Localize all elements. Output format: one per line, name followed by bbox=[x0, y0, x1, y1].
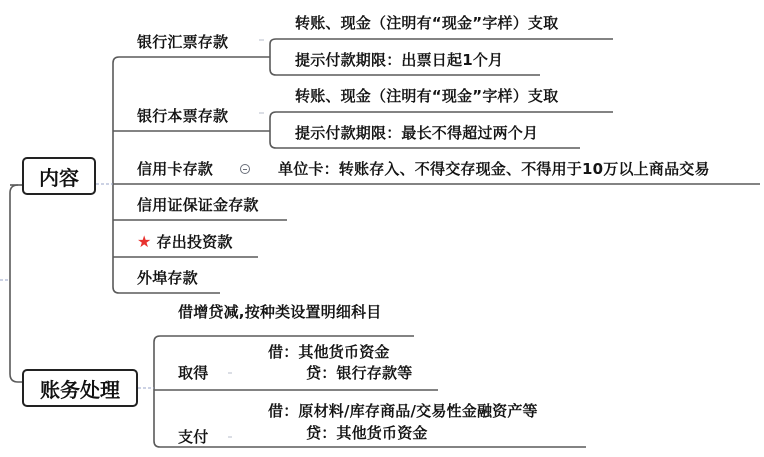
collapse-circle-icon[interactable] bbox=[240, 164, 250, 174]
cashier-check-detail-withdrawal[interactable]: 转账、现金（注明有“现金”字样）支取 bbox=[295, 86, 558, 106]
acquire-credit-entry[interactable]: 贷：银行存款等 bbox=[306, 363, 412, 383]
branch-acquire[interactable]: 取得 bbox=[178, 363, 208, 383]
branch-cashier-check[interactable]: 银行本票存款 bbox=[137, 106, 228, 126]
root-node-accounting[interactable]: 账务处理 bbox=[22, 369, 138, 407]
star-icon: ★ bbox=[137, 232, 152, 251]
acquire-debit-entry[interactable]: 借：其他货币资金 bbox=[268, 342, 390, 362]
investment-deposit-label: 存出投资款 bbox=[157, 233, 233, 251]
branch-bank-draft[interactable]: 银行汇票存款 bbox=[137, 32, 228, 52]
bank-draft-detail-period[interactable]: 提示付款期限：出票日起1个月 bbox=[295, 50, 503, 70]
mind-map-canvas: 内容 账务处理 银行汇票存款 转账、现金（注明有“现金”字样）支取 提示付款期限… bbox=[0, 0, 764, 457]
bank-draft-detail-withdrawal[interactable]: 转账、现金（注明有“现金”字样）支取 bbox=[295, 13, 558, 33]
credit-card-detail-unit-card[interactable]: 单位卡：转账存入、不得交存现金、不得用于10万以上商品交易 bbox=[278, 159, 710, 179]
branch-credit-card[interactable]: 信用卡存款 bbox=[137, 159, 213, 179]
root-node-content[interactable]: 内容 bbox=[22, 157, 96, 195]
branch-lc-deposit[interactable]: 信用证保证金存款 bbox=[137, 195, 259, 215]
branch-payment[interactable]: 支付 bbox=[178, 427, 208, 447]
branch-remote-deposit[interactable]: 外埠存款 bbox=[137, 268, 198, 288]
cashier-check-detail-period[interactable]: 提示付款期限：最长不得超过两个月 bbox=[295, 123, 538, 143]
branch-investment-deposit[interactable]: ★存出投资款 bbox=[137, 232, 233, 252]
payment-debit-entry[interactable]: 借：原材料/库存商品/交易性金融资产等 bbox=[268, 401, 538, 421]
accounting-summary[interactable]: 借增贷减,按种类设置明细科目 bbox=[178, 302, 382, 322]
payment-credit-entry[interactable]: 贷：其他货币资金 bbox=[306, 423, 428, 443]
